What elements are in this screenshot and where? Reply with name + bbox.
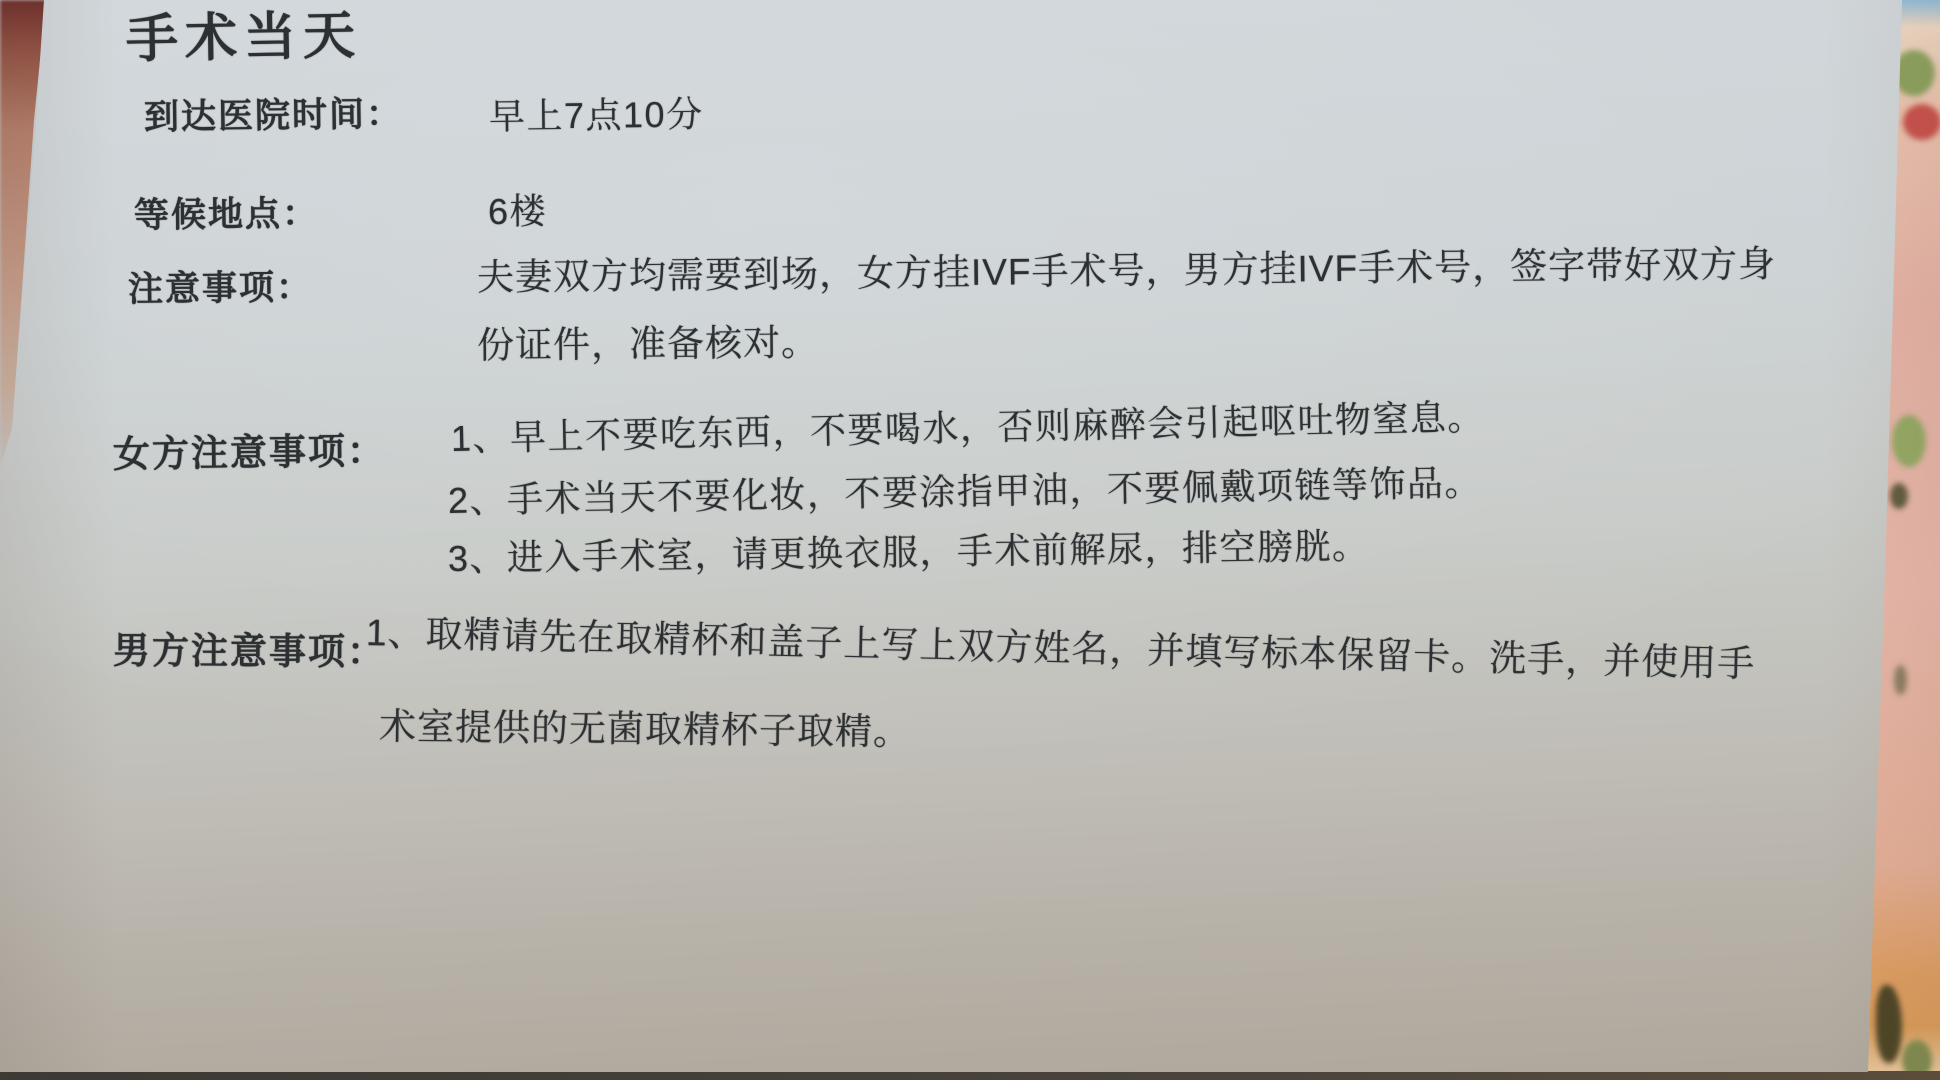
female-notes-label: 女方注意事项： [113,432,386,473]
arrival-time-label: 到达医院时间： [144,96,403,135]
document-title: 手术当天 [126,10,363,66]
fabric-flower-motif [1903,104,1940,140]
notes-line-2: 份证件，准备核对。 [477,324,819,364]
table-edge [0,1071,1940,1080]
photo-of-document: 手术当天 到达医院时间： 早上7点10分 等候地点： 6楼 注意事项： 夫妻双方… [0,0,1940,1080]
fabric-leaf-motif [1892,415,1926,467]
arrival-time-value: 早上7点10分 [489,96,704,135]
fabric-stem-motif [1894,665,1907,695]
waiting-place-label: 等候地点： [134,196,319,233]
male-notes-label: 男方注意事项： [113,632,386,670]
fabric-stem-motif [1890,483,1908,509]
waiting-place-value: 6楼 [488,193,547,230]
notes-label: 注意事项： [128,270,313,307]
male-note-line-2: 术室提供的无菌取精杯子取精。 [379,708,911,751]
